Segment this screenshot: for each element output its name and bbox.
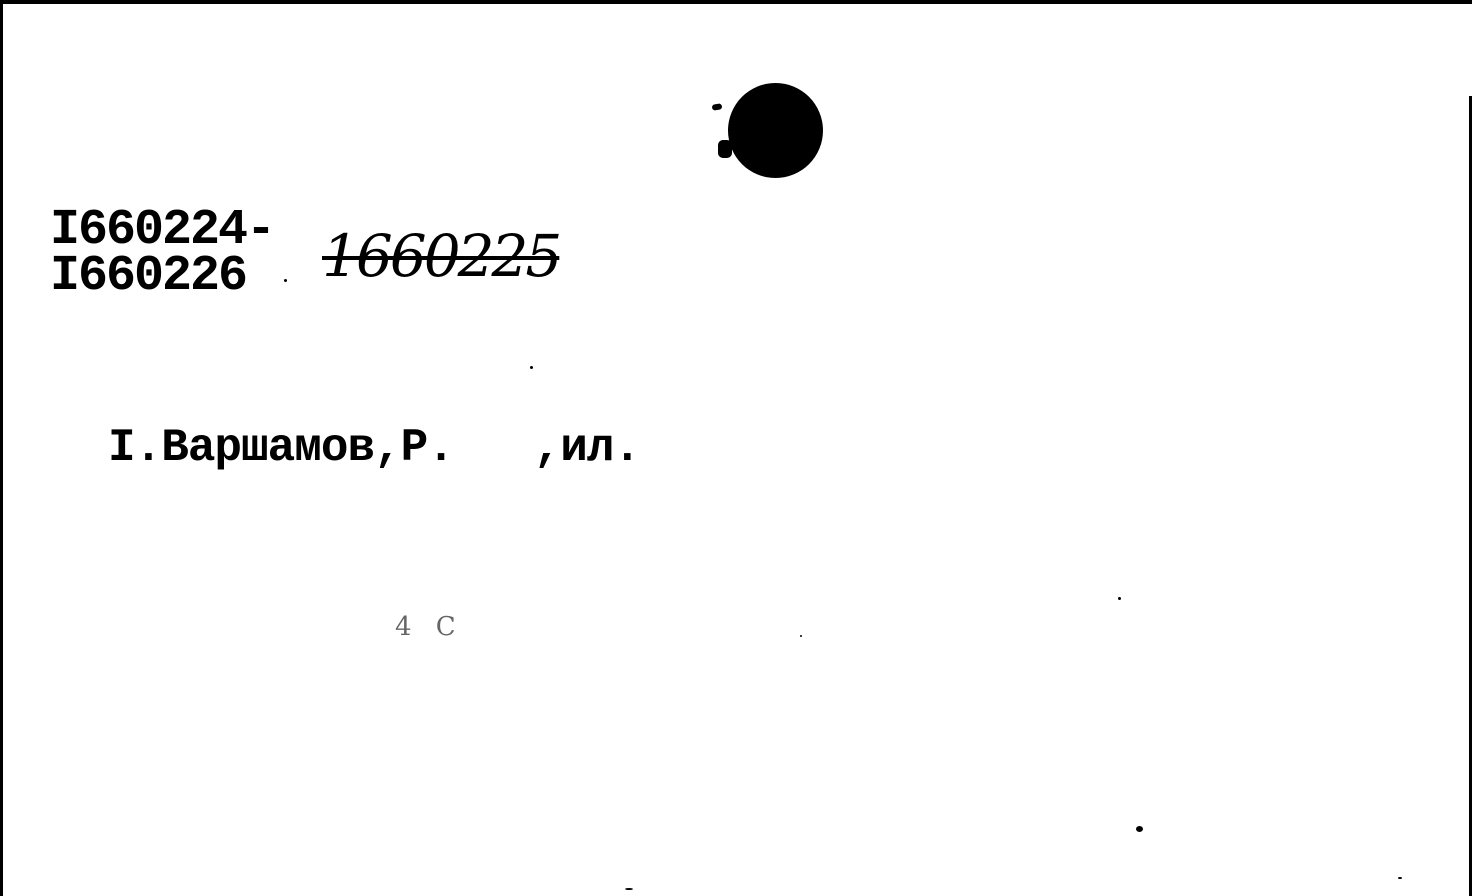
handwritten-struck-number: 1660225 — [322, 222, 559, 290]
ink-speck — [1118, 597, 1121, 600]
ink-speck — [625, 888, 633, 890]
card-edge-left — [0, 0, 3, 896]
faint-stamp: 4 С — [395, 612, 464, 642]
punch-hole — [728, 83, 823, 178]
accession-numbers: I660224- I660226 — [50, 208, 274, 300]
punch-hole-fragment — [712, 103, 723, 111]
card-edge-top — [0, 0, 1472, 4]
punch-hole-fragment — [718, 140, 732, 158]
catalog-card: I660224- I660226 1660225 I.Варшамов,Р. ,… — [0, 0, 1472, 896]
ink-speck — [530, 366, 533, 369]
ink-speck — [1398, 877, 1402, 879]
ink-speck — [800, 635, 802, 637]
ink-speck — [284, 279, 287, 282]
catalog-entry: I.Варшамов,Р. ,ил. — [108, 420, 640, 476]
accession-number-line-2: I660226 — [50, 254, 274, 300]
ink-speck — [1136, 826, 1143, 832]
